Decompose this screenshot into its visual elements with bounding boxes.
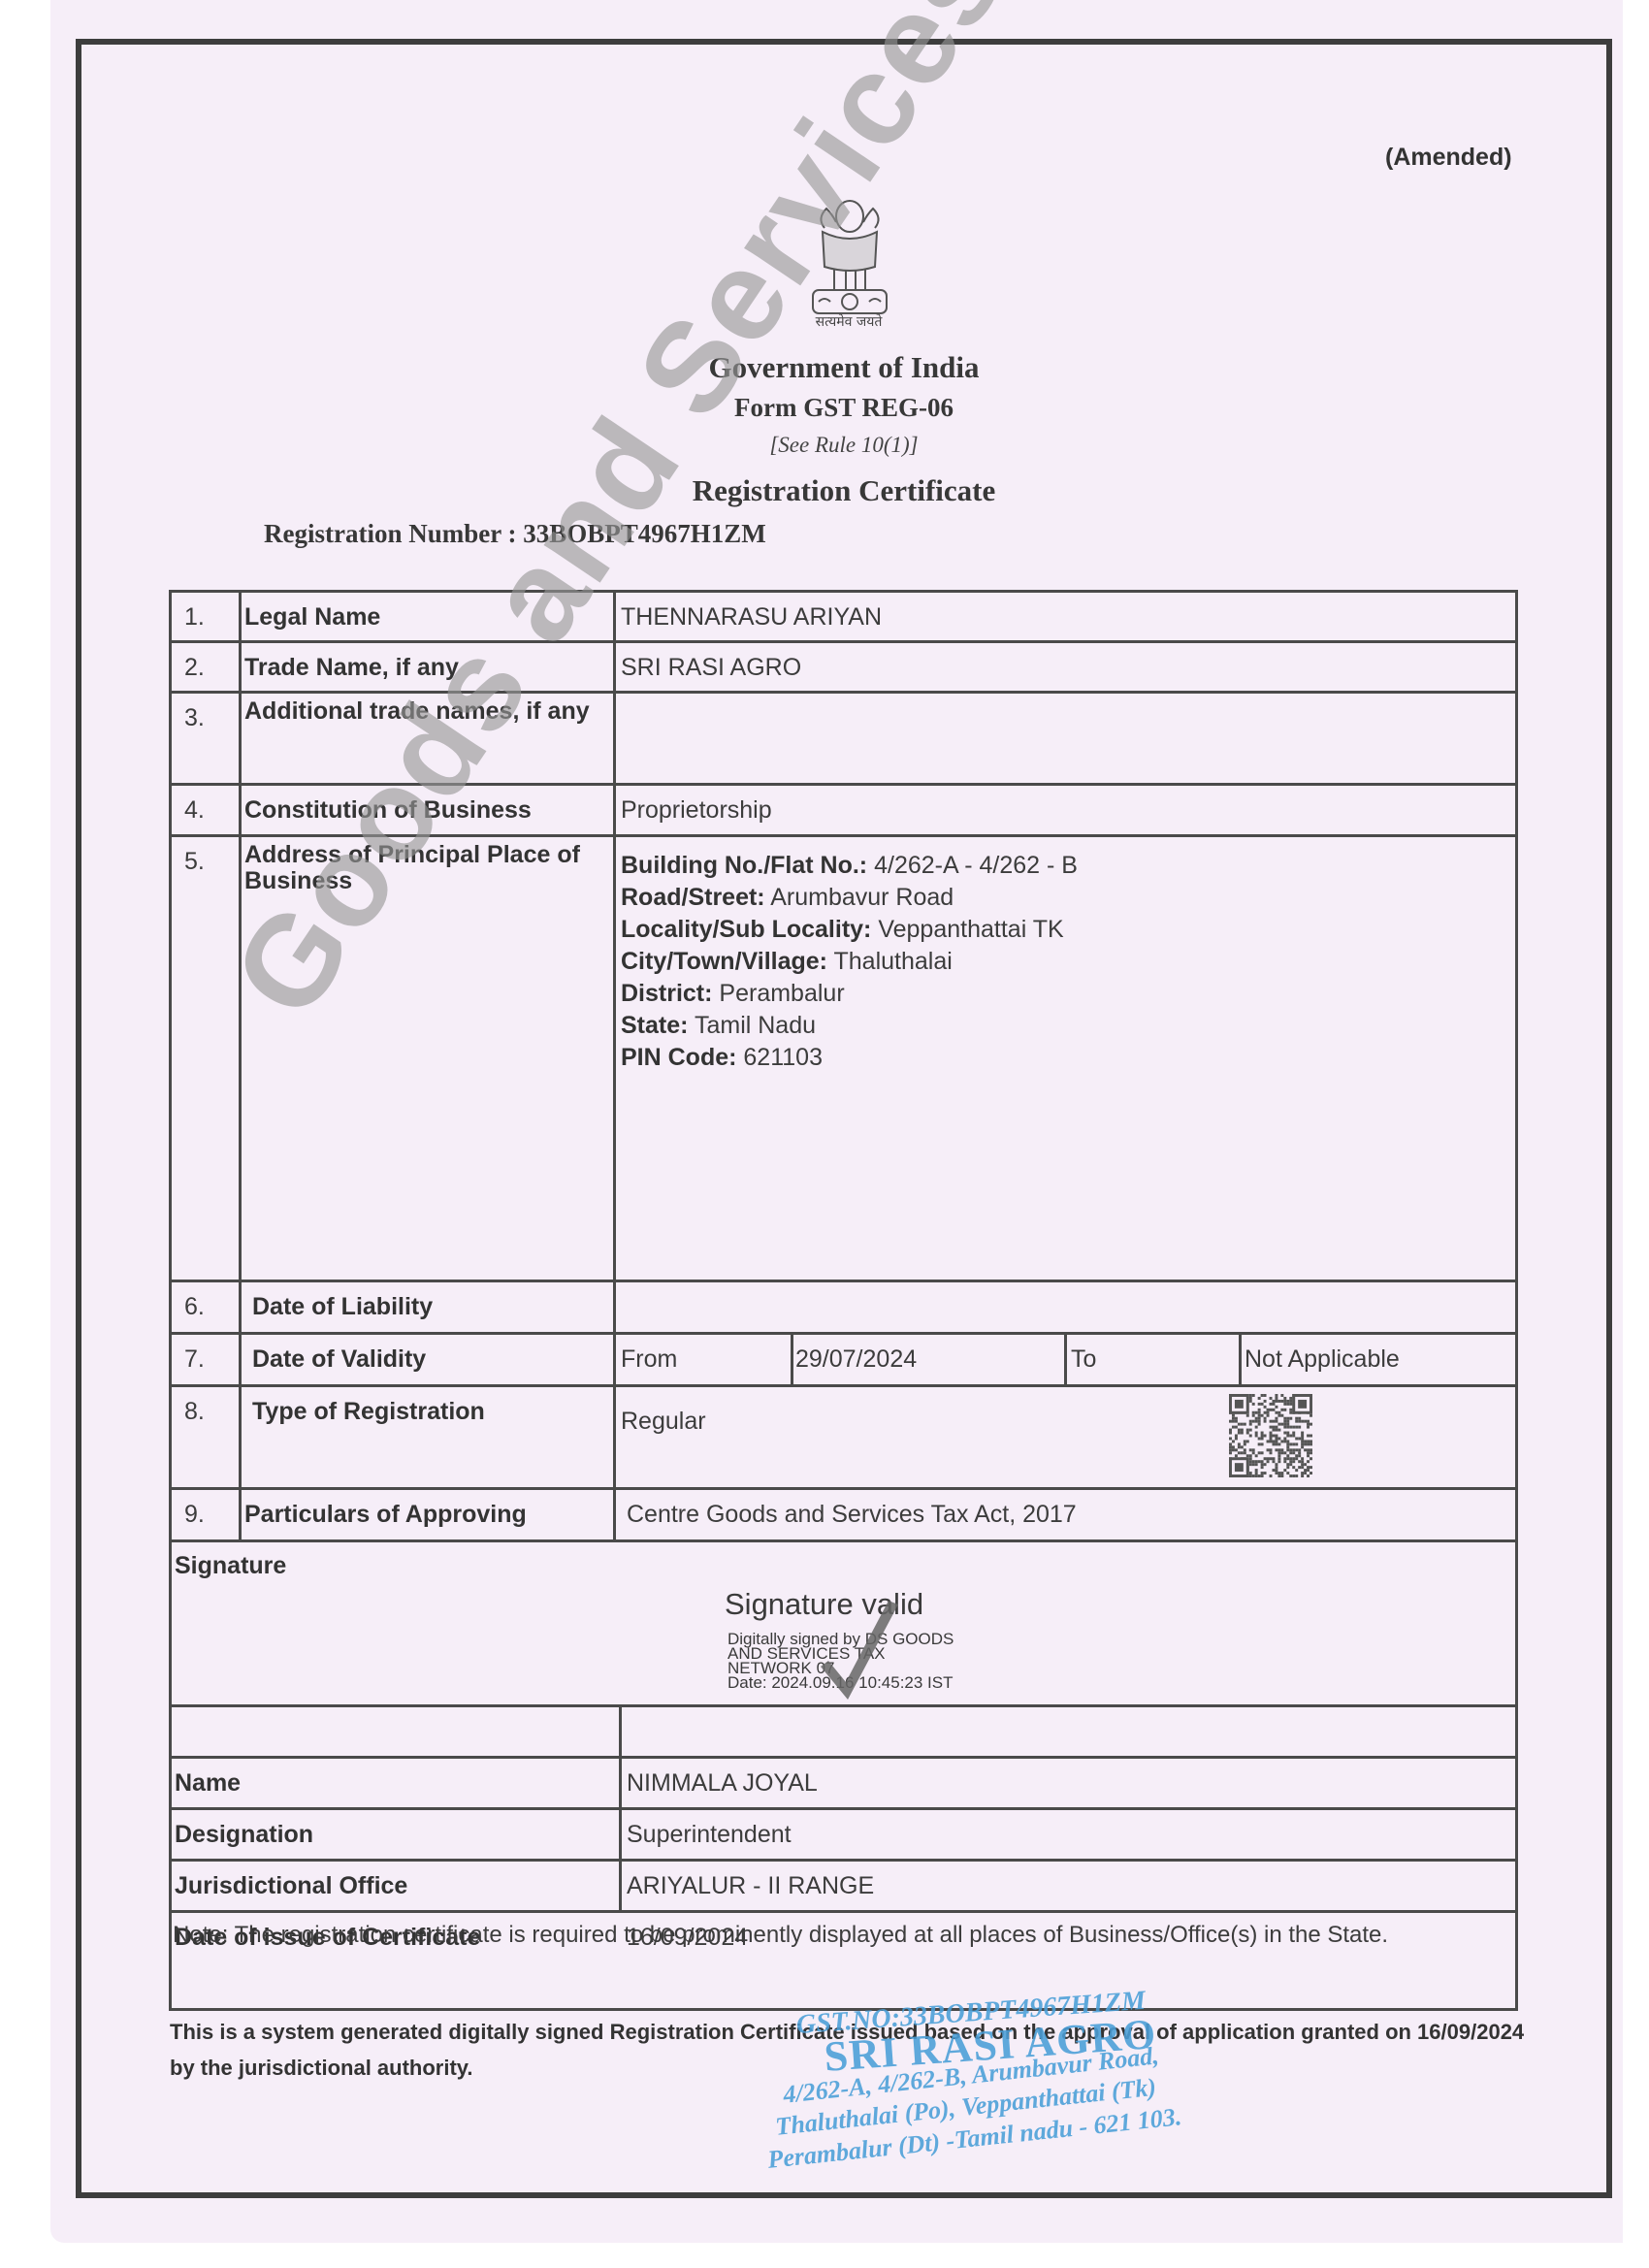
table-rule [1515, 590, 1518, 2011]
address-line: City/Town/Village: Thaluthalai [621, 946, 1078, 978]
address-field-label: Road/Street: [621, 884, 765, 911]
validity-to-date: Not Applicable [1245, 1345, 1400, 1374]
address-field-value: 4/262-A - 4/262 - B [874, 852, 1078, 879]
signature-valid-check-icon [815, 1599, 902, 1705]
table-rule [619, 1704, 622, 1913]
address-line: State: Tamil Nadu [621, 1010, 1078, 1042]
address-field-value: Arumbavur Road [770, 884, 954, 911]
row-number: 6. [184, 1293, 205, 1321]
principal-address: Building No./Flat No.: 4/262-A - 4/262 -… [621, 850, 1078, 1074]
row-number: 8. [184, 1398, 205, 1426]
registration-number: Registration Number : 33BOBPT4967H1ZM [264, 519, 766, 549]
row-label: Date of Liability [252, 1293, 433, 1321]
table-rule [169, 590, 172, 2011]
officer-field-label: Jurisdictional Office [175, 1872, 407, 1900]
table-rule [169, 1280, 1518, 1282]
officer-field-value: ARIYALUR - II RANGE [627, 1872, 874, 1900]
address-line: Locality/Sub Locality: Veppanthattai TK [621, 914, 1078, 946]
table-rule [169, 783, 1518, 786]
table-rule [169, 590, 1518, 593]
form-title: Form GST REG-06 [0, 393, 1649, 423]
row-label: Trade Name, if any [244, 654, 459, 682]
table-rule [169, 1384, 1518, 1387]
registration-number-label: Registration Number : [264, 519, 516, 548]
officer-field-label: Designation [175, 1821, 313, 1849]
address-field-label: State: [621, 1012, 688, 1039]
row-label: Address of Principal Place of Business [244, 842, 605, 894]
table-rule [1064, 1332, 1067, 1387]
table-rule [169, 1487, 1518, 1490]
row-label: Date of Validity [252, 1345, 426, 1374]
row-value: Centre Goods and Services Tax Act, 2017 [627, 1501, 1077, 1529]
address-field-label: Locality/Sub Locality: [621, 916, 871, 943]
table-rule [169, 1539, 1518, 1542]
row-number: 9. [184, 1501, 205, 1529]
address-field-value: Perambalur [719, 980, 844, 1007]
table-rule [169, 691, 1518, 694]
signature-label: Signature [175, 1552, 286, 1580]
row-number: 1. [184, 603, 205, 632]
registration-number-value: 33BOBPT4967H1ZM [523, 519, 766, 548]
row-label: Legal Name [244, 603, 380, 632]
rule-reference: [See Rule 10(1)] [0, 433, 1649, 458]
address-field-value: 621103 [743, 1044, 823, 1071]
table-rule [169, 834, 1518, 837]
qr-code-icon [1229, 1394, 1312, 1477]
row-number: 7. [184, 1345, 205, 1374]
validity-from-label: From [621, 1345, 677, 1374]
validity-from-date: 29/07/2024 [795, 1345, 917, 1374]
row-value: Proprietorship [621, 796, 772, 825]
row-number: 3. [184, 704, 205, 732]
row-value: THENNARASU ARIYAN [621, 603, 882, 632]
row-label: Particulars of Approving [244, 1501, 527, 1529]
amended-label: (Amended) [1385, 144, 1512, 172]
table-rule [239, 590, 242, 1542]
address-line: Building No./Flat No.: 4/262-A - 4/262 -… [621, 850, 1078, 882]
officer-field-label: Name [175, 1769, 241, 1798]
table-rule [169, 640, 1518, 643]
address-field-label: District: [621, 980, 712, 1007]
table-rule [169, 1807, 1518, 1810]
government-heading: Government of India [0, 350, 1649, 385]
address-field-value: Tamil Nadu [695, 1012, 816, 1039]
table-rule [169, 1859, 1518, 1862]
table-rule [613, 590, 616, 1542]
certificate-title: Registration Certificate [0, 473, 1649, 508]
officer-field-value: NIMMALA JOYAL [627, 1769, 818, 1798]
address-line: Road/Street: Arumbavur Road [621, 882, 1078, 914]
row-number: 5. [184, 848, 205, 876]
table-rule [169, 1910, 1518, 1913]
row-value: Regular [621, 1408, 706, 1436]
display-note: Note: The registration certificate is re… [173, 1922, 1502, 1948]
row-number: 2. [184, 654, 205, 682]
row-value: SRI RASI AGRO [621, 654, 801, 682]
table-rule [169, 1756, 1518, 1759]
address-field-label: City/Town/Village: [621, 948, 827, 975]
row-number: 4. [184, 796, 205, 825]
officer-field-value: Superintendent [627, 1821, 792, 1849]
table-rule [169, 1332, 1518, 1335]
validity-to-label: To [1071, 1345, 1096, 1374]
row-label: Additional trade names, if any [244, 698, 605, 725]
address-line: PIN Code: 621103 [621, 1042, 1078, 1074]
address-field-label: Building No./Flat No.: [621, 852, 867, 879]
table-rule [791, 1332, 793, 1387]
row-label: Constitution of Business [244, 796, 532, 825]
emblem-motto: सत्यमेव जयते [766, 312, 931, 331]
address-field-value: Veppanthattai TK [878, 916, 1063, 943]
address-field-label: PIN Code: [621, 1044, 736, 1071]
row-label: Type of Registration [252, 1398, 485, 1426]
table-rule [1239, 1332, 1242, 1387]
address-field-value: Thaluthalai [834, 948, 953, 975]
address-line: District: Perambalur [621, 978, 1078, 1010]
